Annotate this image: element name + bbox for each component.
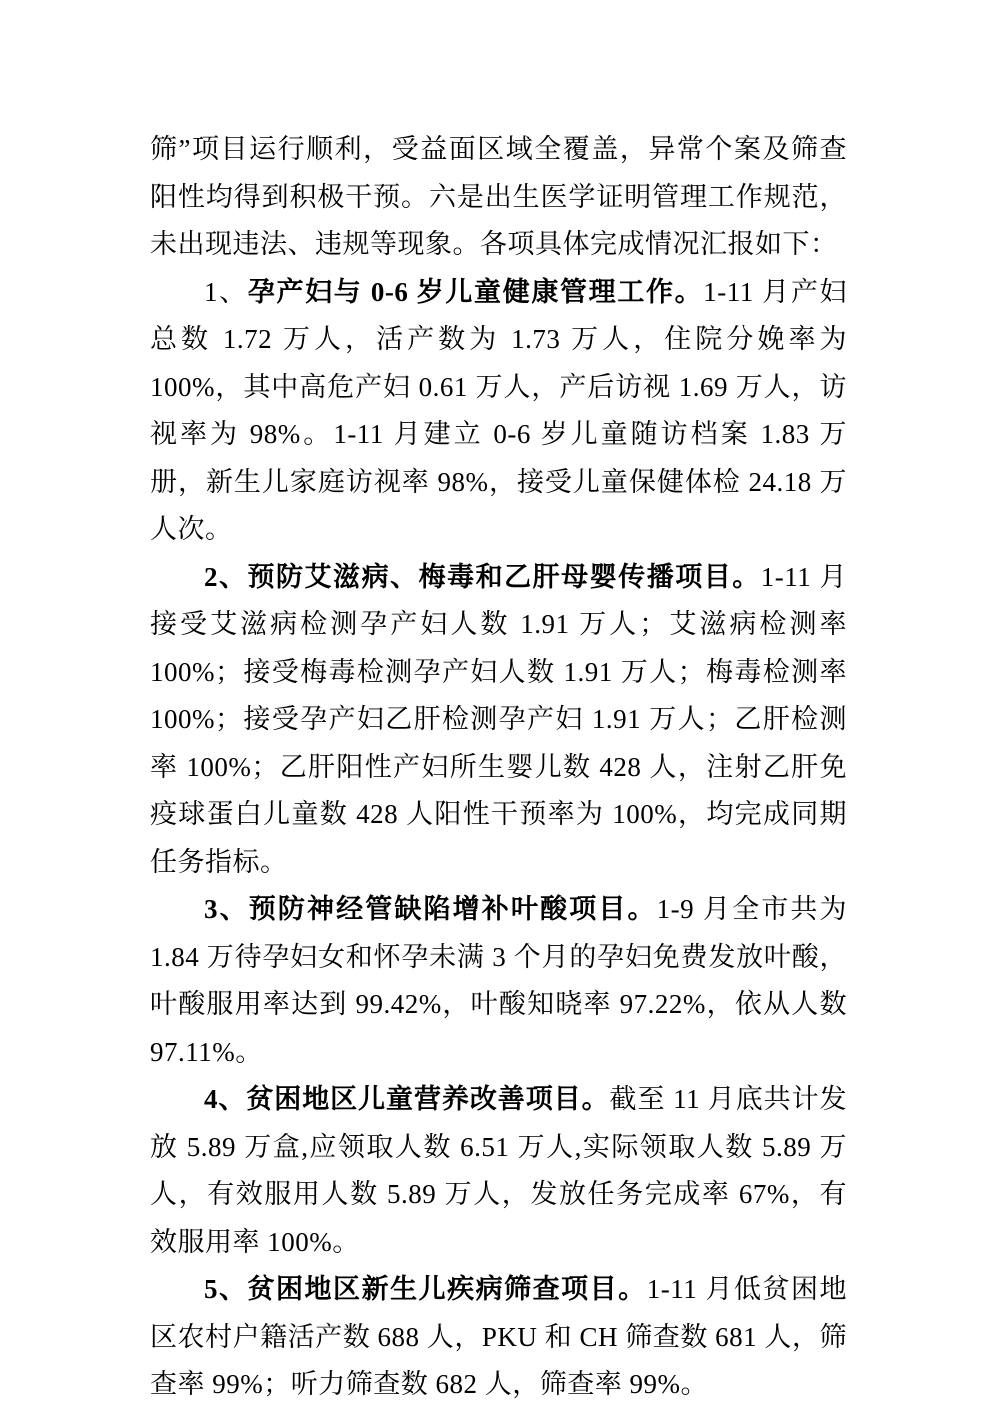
section-3-folic-acid-supplement: 3、预防神经管缺陷增补叶酸项目。1-9 月全市共为 1.84 万待孕妇女和怀孕未…: [150, 886, 847, 1076]
document-content: 筛”项目运行顺利，受益面区域全覆盖，异常个案及筛查阳性均得到积极干预。六是出生医…: [150, 126, 847, 1403]
section-2-aids-syphilis-hepb-prevention: 2、预防艾滋病、梅毒和乙肝母婴传播项目。1-11 月接受艾滋病检测孕产妇人数 1…: [150, 554, 847, 887]
section-5-newborn-disease-screening: 5、贫困地区新生儿疾病筛查项目。1-11 月低贫困地区农村户籍活产数 688 人…: [150, 1266, 847, 1403]
section-heading-text: 4、贫困地区儿童营养改善项目。: [204, 1084, 610, 1114]
section-heading-text: 5、贫困地区新生儿疾病筛查项目。: [204, 1274, 647, 1304]
body-text: 1-11 月接受艾滋病检测孕产妇人数 1.91 万人；艾滋病检测率 100%；接…: [150, 562, 847, 877]
section-heading-text: 孕产妇与 0-6 岁儿童健康管理工作。: [248, 277, 703, 307]
body-text: 1-11 月产妇总数 1.72 万人，活产数为 1.73 万人，住院分娩率为 1…: [150, 277, 847, 545]
section-heading-text: 3、预防神经管缺陷增补叶酸项目。: [204, 894, 657, 924]
section-heading-text: 2、预防艾滋病、梅毒和乙肝母婴传播项目。: [204, 562, 761, 592]
section-4-child-nutrition-improvement: 4、贫困地区儿童营养改善项目。截至 11 月底共计发放 5.89 万盒,应领取人…: [150, 1076, 847, 1266]
body-text: 1、: [204, 277, 248, 307]
intro-continuation: 筛”项目运行顺利，受益面区域全覆盖，异常个案及筛查阳性均得到积极干预。六是出生医…: [150, 126, 847, 269]
section-1-maternal-child-health: 1、孕产妇与 0-6 岁儿童健康管理工作。1-11 月产妇总数 1.72 万人，…: [150, 269, 847, 554]
document-page: 筛”项目运行顺利，受益面区域全覆盖，异常个案及筛查阳性均得到积极干预。六是出生医…: [0, 0, 992, 1403]
body-text: 筛”项目运行顺利，受益面区域全覆盖，异常个案及筛查阳性均得到积极干预。六是出生医…: [150, 134, 847, 259]
